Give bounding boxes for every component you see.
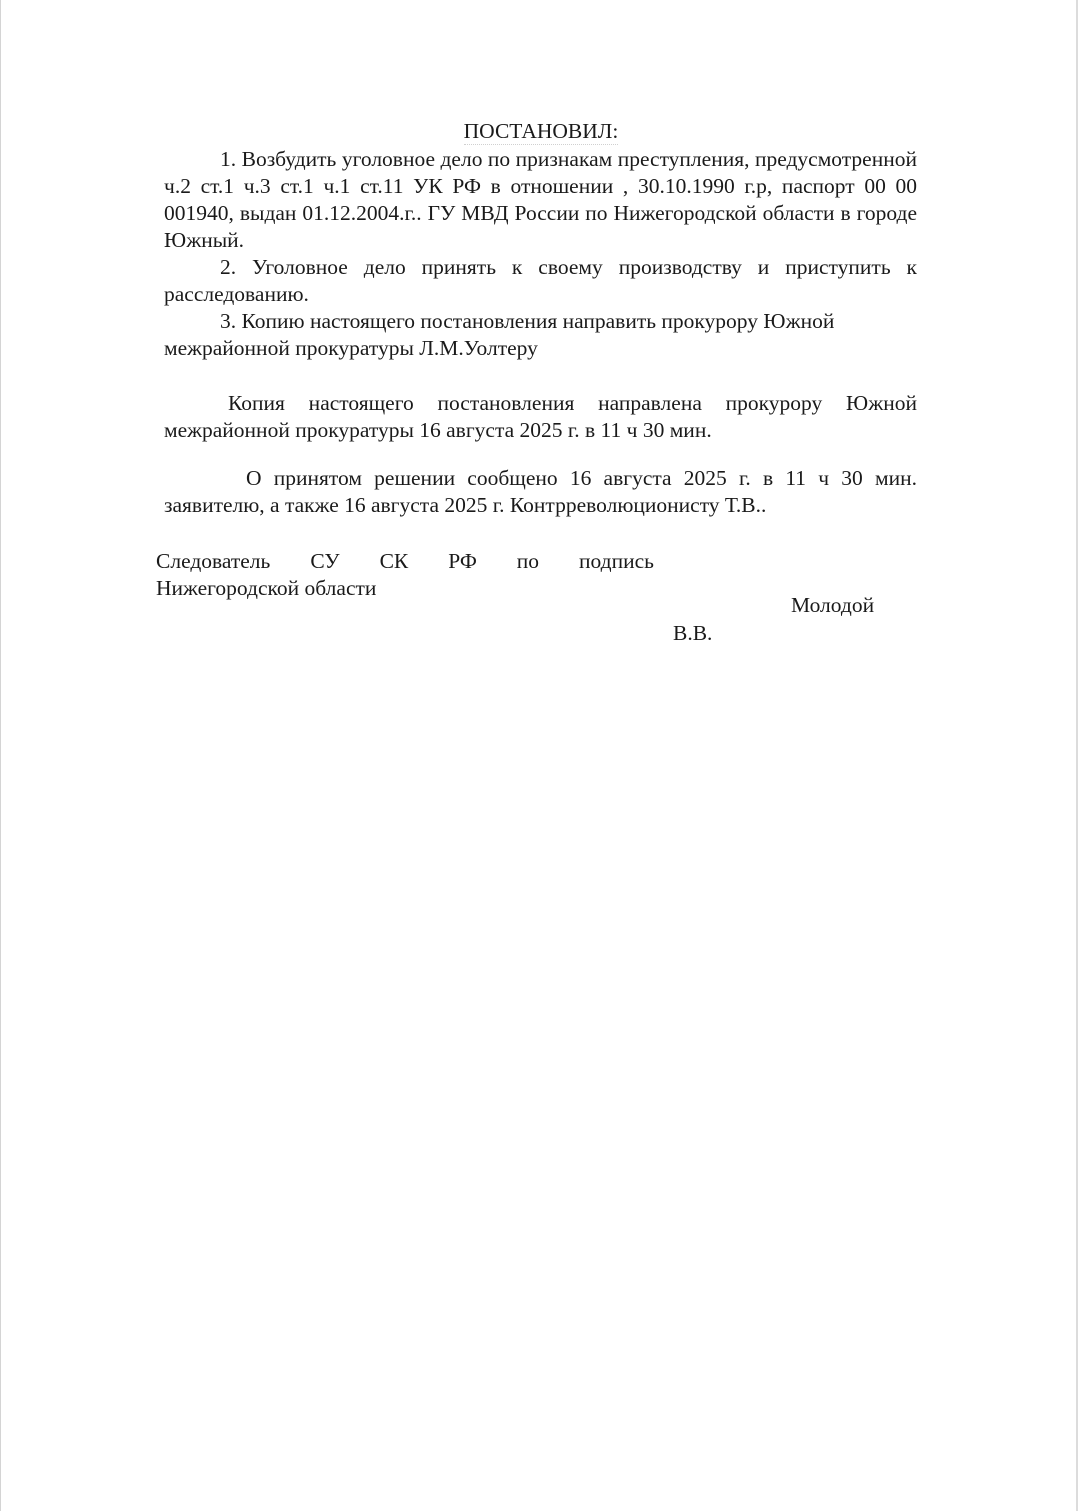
signature-word: РФ bbox=[448, 548, 477, 575]
signature-word: СК bbox=[380, 548, 409, 575]
signatory-surname: Молодой bbox=[791, 592, 874, 619]
signature-word: СУ bbox=[310, 548, 339, 575]
decision-note-block: О принятом решении сообщено 16 августа 2… bbox=[164, 465, 917, 519]
resolution-item-3: 3. Копию настоящего постановления направ… bbox=[164, 308, 917, 362]
copy-note-block: Копия настоящего постановления направлен… bbox=[164, 390, 917, 444]
document-page: ПОСТАНОВИЛ: 1. Возбудить уголовное дело … bbox=[0, 0, 1078, 1511]
signature-word: по bbox=[517, 548, 539, 575]
heading-text: ПОСТАНОВИЛ: bbox=[464, 119, 619, 145]
copy-note: Копия настоящего постановления направлен… bbox=[164, 390, 917, 444]
signature-title-line-1: Следователь СУ СК РФ по подпись bbox=[156, 548, 654, 575]
signature-placeholder: подпись bbox=[579, 548, 654, 575]
decision-note: О принятом решении сообщено 16 августа 2… bbox=[164, 465, 917, 519]
signature-word: Следователь bbox=[156, 548, 270, 575]
resolution-heading: ПОСТАНОВИЛ: bbox=[1, 118, 1080, 145]
resolution-item-2: 2. Уголовное дело принять к своему произ… bbox=[164, 254, 917, 308]
resolution-item-1: 1. Возбудить уголовное дело по признакам… bbox=[164, 146, 917, 254]
resolution-items: 1. Возбудить уголовное дело по признакам… bbox=[164, 146, 917, 362]
signatory-initials: В.В. bbox=[673, 620, 712, 647]
signature-title-line-2: Нижегородской области bbox=[156, 575, 376, 602]
